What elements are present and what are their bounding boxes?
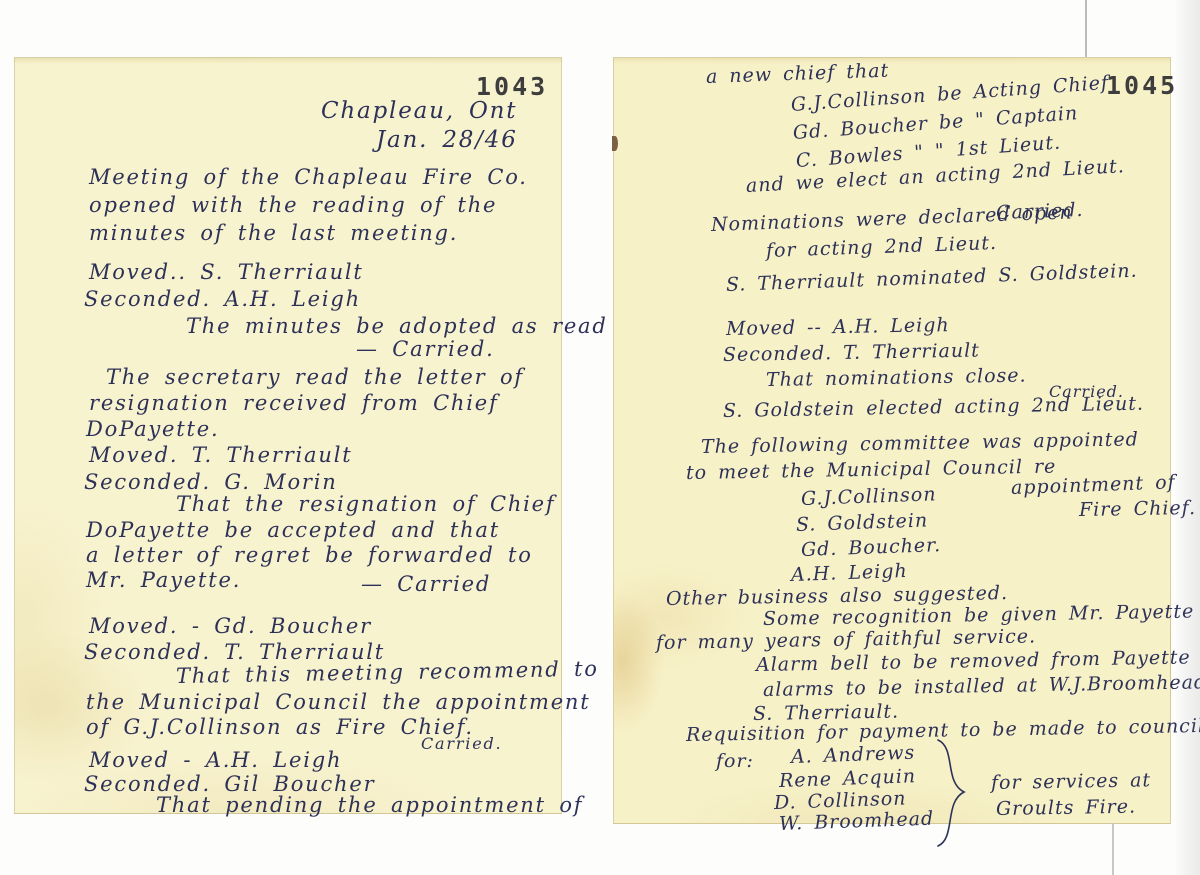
handwritten-line: — Carried.	[356, 339, 495, 360]
handwritten-line: Moved. - Gd. Boucher	[89, 616, 372, 637]
handwritten-line: — Carried	[361, 574, 491, 595]
handwritten-line: Groults Fire.	[996, 798, 1136, 819]
handwritten-line: The minutes be adopted as read	[186, 316, 608, 337]
committee-name: G.J.Collinson	[801, 485, 937, 509]
committee-name: Gd. Boucher.	[801, 536, 942, 560]
handwritten-line: Seconded. T. Therriault	[84, 642, 385, 663]
handwritten-line: Seconded. T. Therriault	[723, 342, 980, 365]
handwritten-line: That the resignation of Chief	[176, 494, 555, 515]
payee-name: A. Andrews	[791, 744, 916, 767]
page-tear-mark	[612, 136, 618, 151]
place-line: Chapleau, Ont	[321, 100, 517, 123]
handwritten-line: S. Therriault nominated S. Goldstein.	[726, 262, 1138, 295]
handwritten-line: Moved. T. Therriault	[89, 445, 352, 466]
handwritten-line: for services at	[991, 771, 1151, 793]
handwritten-line: Alarm bell to be removed from Payette ho…	[756, 647, 1200, 675]
handwritten-line: DoPayette.	[86, 419, 219, 440]
handwritten-line: to meet the Municipal Council re	[686, 458, 1057, 483]
handwritten-line: Seconded. G. Morin	[84, 472, 338, 493]
handwritten-line: Seconded. Gil Boucher	[84, 774, 375, 795]
handwritten-line: DoPayette be accepted and that	[86, 520, 500, 541]
handwritten-line: opened with the reading of the	[89, 195, 497, 216]
handwritten-line: Seconded. A.H. Leigh	[84, 289, 361, 310]
handwritten-line: for acting 2nd Lieut.	[766, 234, 998, 261]
handwritten-line: The following committee was appointed	[701, 430, 1139, 457]
handwritten-line: Moved -- A.H. Leigh	[726, 316, 950, 339]
handwritten-line: Nominations were declared open	[711, 203, 1073, 235]
handwritten-line: Some recognition be given Mr. Payette	[763, 602, 1195, 629]
handwritten-line: alarms to be installed at W.J.Broomhead …	[763, 672, 1200, 700]
handwritten-line: That nominations close.	[766, 366, 1027, 390]
handwritten-line: That this meeting recommend to	[176, 659, 599, 687]
handwritten-line: That pending the appointment of	[156, 795, 583, 816]
committee-name: A.H. Leigh	[791, 562, 908, 585]
committee-name: S. Goldstein	[796, 511, 929, 535]
handwritten-line: of G.J.Collinson as Fire Chief.	[86, 717, 474, 738]
handwritten-line: Carried.	[421, 736, 502, 752]
handwritten-line: resignation received from Chief	[89, 393, 499, 414]
scan-shadow-band	[1176, 0, 1200, 875]
handwritten-line: Moved.. S. Therriault	[89, 262, 364, 283]
handwritten-line: the Municipal Council the appointment	[86, 692, 591, 713]
handwritten-line: appointment of	[1011, 473, 1176, 498]
date-line: Jan. 28/46	[376, 129, 518, 152]
handwritten-line: Meeting of the Chapleau Fire Co.	[89, 167, 528, 188]
handwritten-line: Mr. Payette.	[86, 570, 241, 591]
handwritten-line: minutes of the last meeting.	[89, 223, 458, 244]
minutes-page-left: 1043 Chapleau, Ont Jan. 28/46 Meeting of…	[14, 57, 562, 814]
scan-edge-line-bottom	[1112, 823, 1114, 875]
handwritten-line: a letter of regret be forwarded to	[86, 545, 533, 566]
minutes-page-right: 1045 a new chief that G.J.Collinson be A…	[613, 57, 1171, 824]
grouping-brace	[932, 738, 972, 848]
handwritten-line: S. Goldstein elected acting 2nd Lieut.	[723, 395, 1144, 421]
page-number: 1045	[1106, 71, 1178, 100]
scan-edge-line-top	[1085, 0, 1087, 57]
payee-name: W. Broomhead	[779, 810, 935, 834]
page-number: 1043	[476, 72, 548, 101]
scanned-minutes-document: 1043 Chapleau, Ont Jan. 28/46 Meeting of…	[0, 0, 1200, 875]
handwritten-line: for:	[716, 752, 754, 771]
handwritten-line: a new chief that	[706, 62, 890, 87]
handwritten-line: Moved - A.H. Leigh	[89, 750, 342, 771]
handwritten-line: The secretary read the letter of	[106, 367, 524, 388]
